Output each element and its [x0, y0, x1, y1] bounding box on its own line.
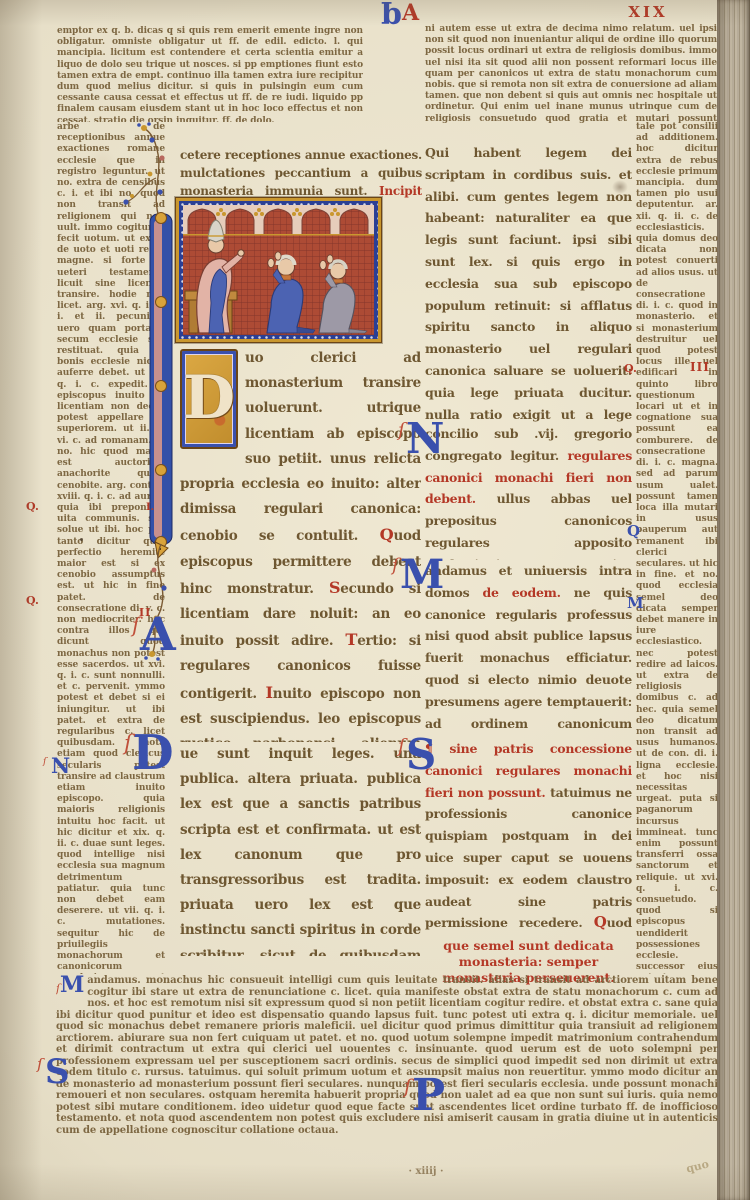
part-numeral-iii: III: [690, 360, 710, 374]
pen-initial-D: ſD: [132, 732, 174, 775]
part-numeral-i: I.: [146, 502, 154, 513]
gloss-top-right: ni autem esse ut extra de decima nimo re…: [425, 24, 717, 124]
main-right-text-d: ¶ sine patris concessione canonici regul…: [425, 738, 632, 938]
raised-hand: [268, 259, 274, 268]
margin-paraph-M: M: [627, 594, 644, 612]
pen-initial-bottom-P: ſP: [412, 1076, 445, 1116]
red-initial: T: [345, 630, 357, 649]
red-rubric: de eodem.: [482, 585, 573, 600]
illuminated-initial-D: D: [180, 349, 238, 449]
quire-signature: · xiiij ·: [386, 1166, 466, 1177]
penwork-flourish: ſ: [124, 734, 132, 753]
raised-hand: [327, 255, 333, 263]
red-initial: Q: [594, 913, 607, 931]
bishop-hand: [238, 250, 244, 256]
penwork-flourish: ſ: [398, 422, 405, 439]
gloss-initial-M: ſM: [56, 975, 87, 999]
miniature-art: [183, 205, 374, 335]
paraph-blue-icon: q: [381, 2, 402, 32]
raised-hand: [275, 252, 281, 260]
raised-hand: [320, 261, 326, 270]
part-numeral-ii: II: [139, 606, 151, 619]
main-right-text-b: concilio sub .vij. gregorio congregato l…: [425, 423, 632, 560]
gloss-right-column: tale pot consilii ad additionem. hoc dic…: [636, 122, 718, 974]
penwork-flourish: ſ: [404, 1078, 411, 1096]
gloss-bottom: ſMandamus. monachus hic consueuit intell…: [56, 975, 718, 1147]
gloss-top-left: emptor ex q. b. dicas q si quis rem emer…: [57, 26, 363, 122]
pen-initial-N: ſN: [406, 420, 444, 458]
bar-border: [150, 213, 172, 548]
causa-running-mark: qA: [381, 2, 419, 32]
pen-initial-margin-N: ſN: [51, 757, 70, 776]
main-left-text-2: ue sunt inquit leges. una publica. alter…: [180, 742, 421, 956]
explicit-rubric: que semel sunt dedicata monasteria: semp…: [425, 938, 632, 972]
pen-initial-A: ſA: [140, 614, 176, 655]
penwork-flourish: ſ: [37, 1058, 43, 1072]
main-left-intro: cetere receptiones annue exactiones. mul…: [180, 146, 422, 200]
main-right-text-c: andamus et uniuersis intra domos de eode…: [425, 560, 632, 738]
red-initial: Q: [380, 525, 394, 544]
penwork-flourish: ſ: [43, 758, 47, 767]
manuscript-page: qA XIX emptor ex q. b. dicas q si quis r…: [0, 0, 750, 1200]
quaestio-mark: Q.: [26, 500, 39, 513]
book-fore-edge: [717, 0, 750, 1200]
foliate-spray-top: [123, 122, 164, 214]
pen-initial-M: ſM: [400, 557, 444, 593]
corner-inscription: quo: [685, 1157, 710, 1175]
pen-initial-bottom-S: ſS: [45, 1057, 70, 1088]
miniature-scene: [183, 205, 374, 335]
main-left-text-1: Duo clerici ad monasterium transire uolu…: [180, 346, 421, 742]
quaestio-mark: Q.: [26, 594, 39, 607]
penwork-flourish: ſ: [392, 558, 399, 574]
main-right-text-a: Qui habent legem dei scriptam in cordibu…: [425, 142, 632, 423]
quaestio-mark: Q.: [624, 362, 637, 375]
decretum-text: ne quis canonice regularis professus nis…: [425, 585, 632, 738]
decretum-text: tatuimus ne professionis canonice quispi…: [425, 785, 632, 931]
paraph-red-icon: A: [402, 0, 419, 26]
red-initial: I: [265, 683, 272, 702]
pen-initial-S: ſS: [406, 736, 436, 774]
miniature-panel: [175, 197, 382, 343]
red-initial: S: [329, 578, 340, 597]
penwork-flourish: ſ: [398, 738, 405, 755]
gloss-text: andamus. monachus hic consueuit intellig…: [56, 975, 718, 1078]
folio-heading: XIX: [598, 3, 698, 21]
margin-paraph-Q: Q: [627, 522, 640, 540]
